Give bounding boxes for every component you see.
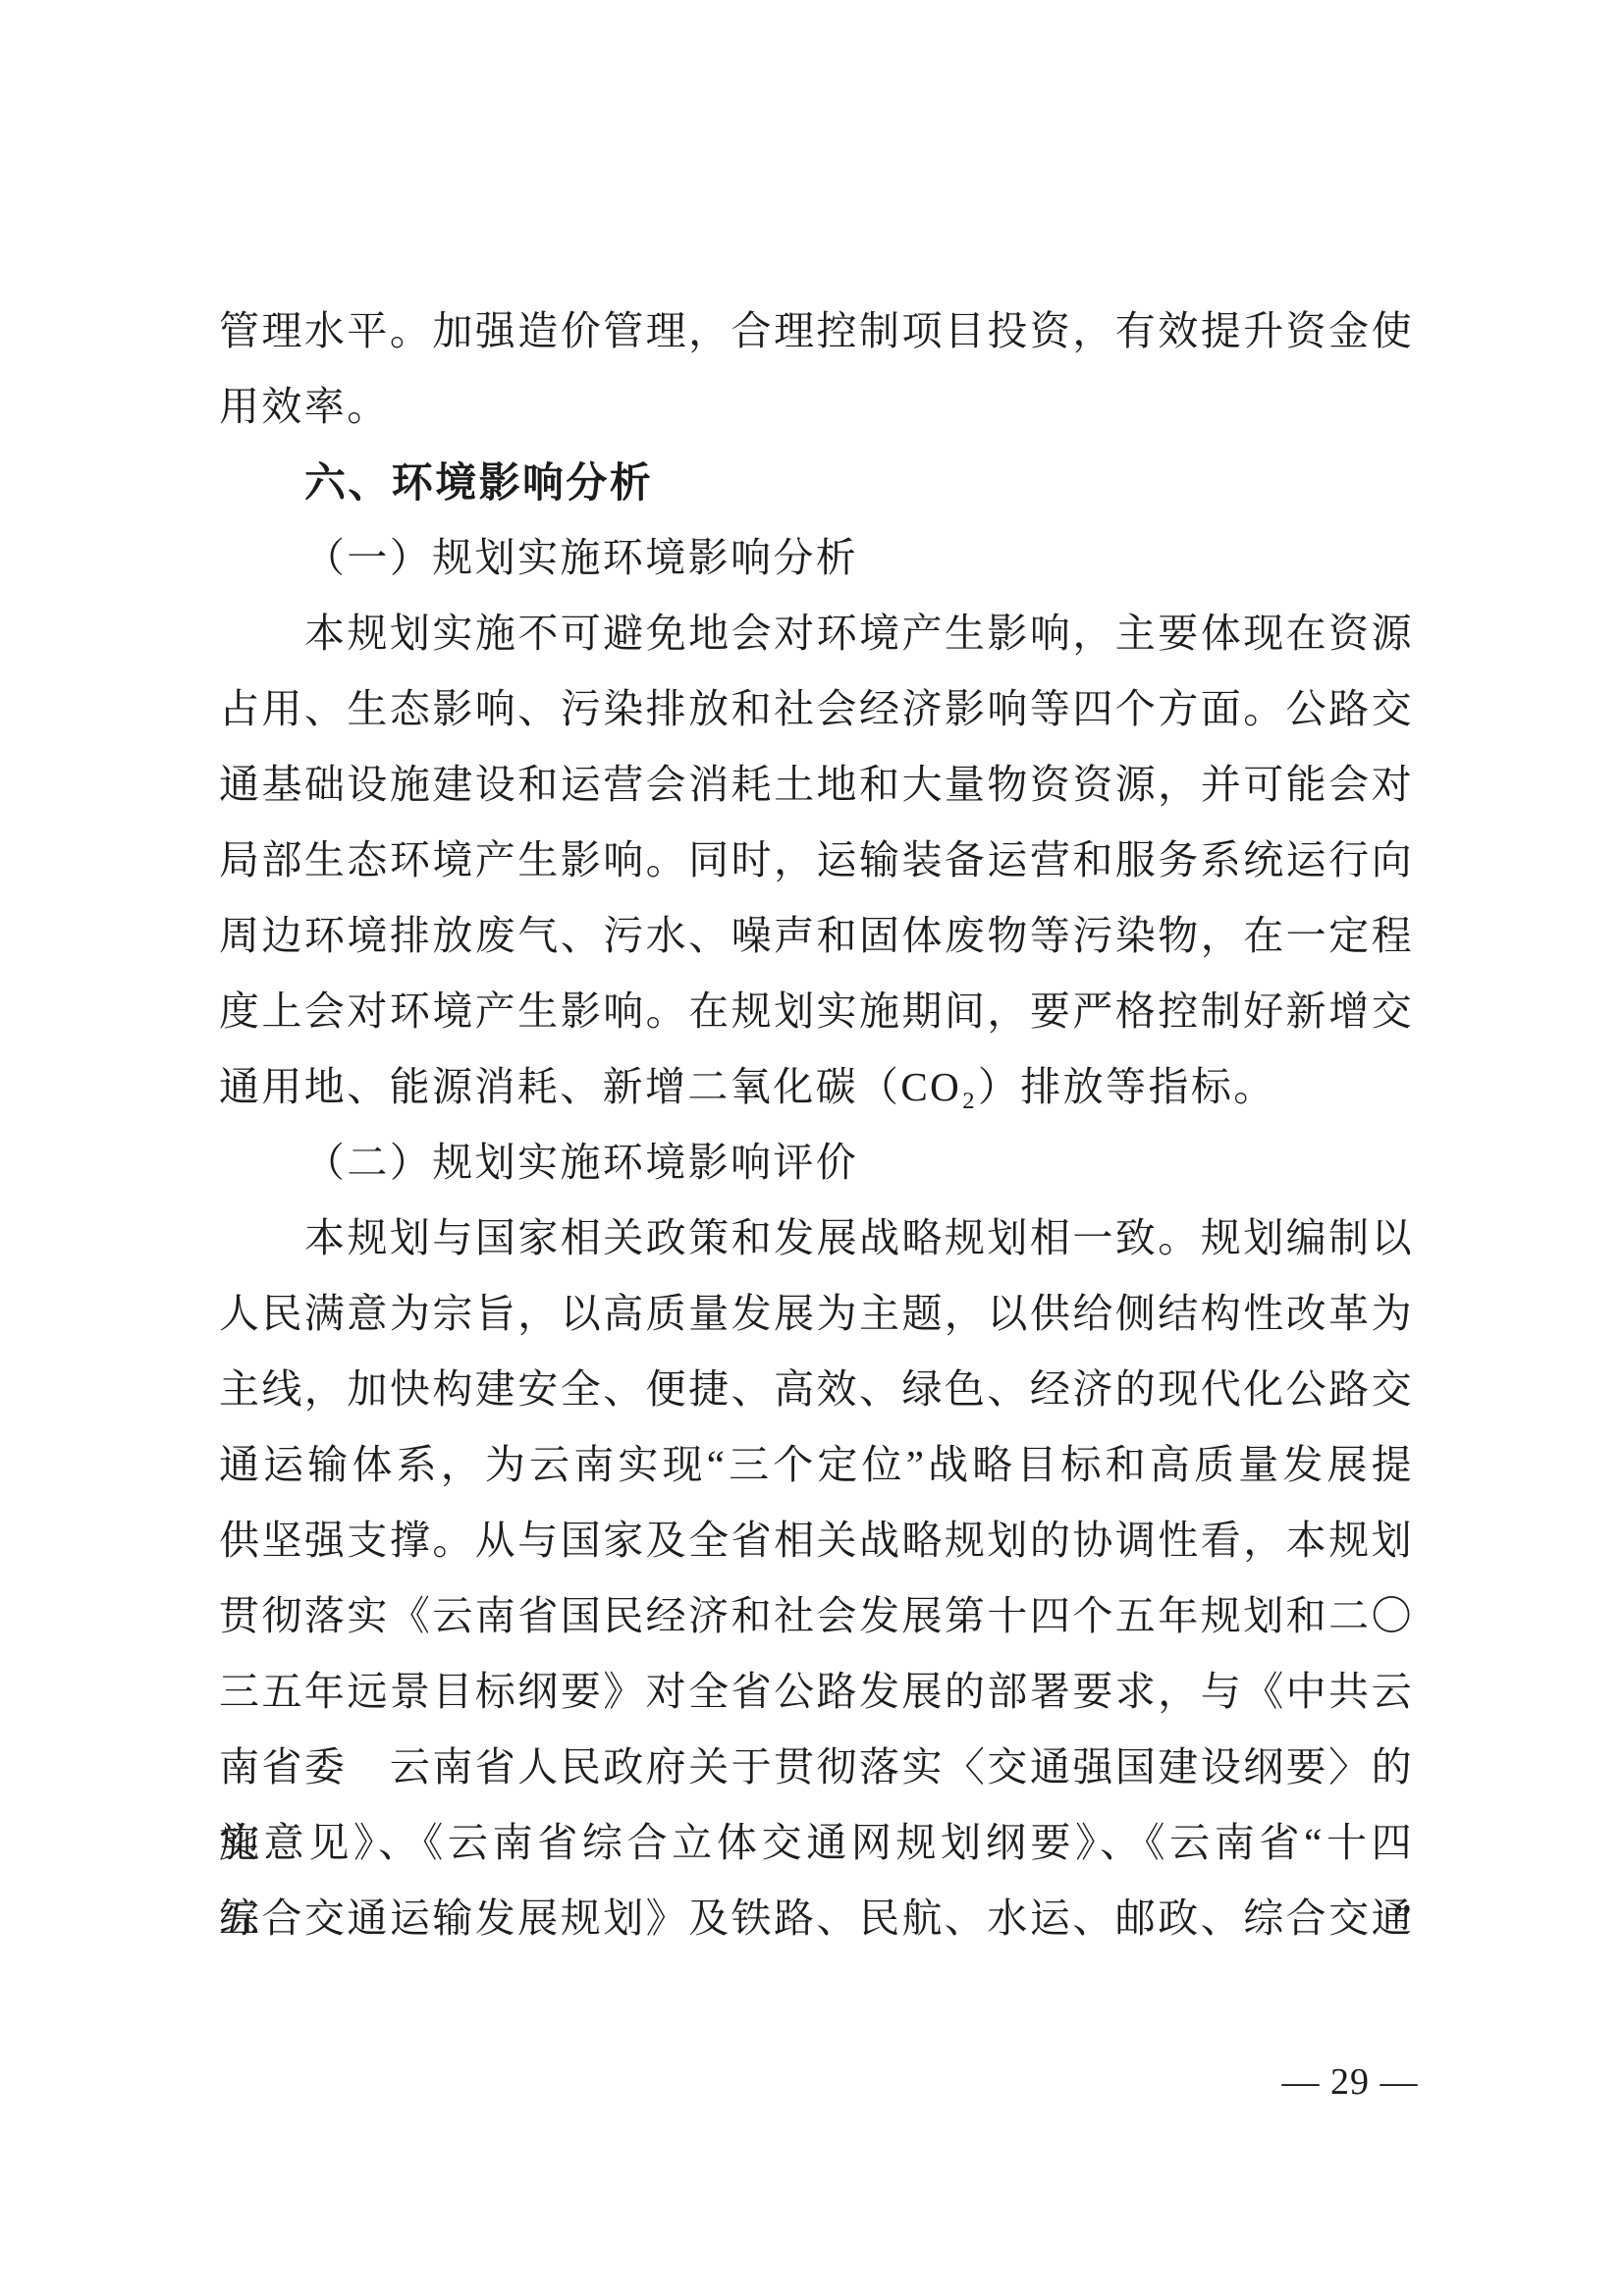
document-page: 管理水平。加强造价管理，合理控制项目投资，有效提升资金使用效率。六、环境影响分析… <box>0 0 1624 2296</box>
text-line: 人民满意为宗旨，以高质量发展为主题，以供给侧结构性改革为 <box>219 1276 1414 1352</box>
text-line: 通基础设施建设和运营会消耗土地和大量物资资源，并可能会对 <box>219 747 1414 823</box>
text-line: 贯彻落实《云南省国民经济和社会发展第十四个五年规划和二〇 <box>219 1578 1414 1654</box>
text-line: 综合交通运输发展规划》及铁路、民航、水运、邮政、综合交通 <box>219 1881 1414 1956</box>
text-line: 管理水平。加强造价管理，合理控制项目投资，有效提升资金使 <box>219 294 1414 369</box>
text-line: 通用地、能源消耗、新增二氧化碳（CO₂）排放等指标。 <box>219 1049 1414 1125</box>
text-line: 主线，加快构建安全、便捷、高效、绿色、经济的现代化公路交 <box>219 1352 1414 1427</box>
text-line: 供坚强支撑。从与国家及全省相关战略规划的协调性看，本规划 <box>219 1503 1414 1578</box>
page-number: — 29 — <box>1267 2059 1434 2105</box>
text-line: 本规划与国家相关政策和发展战略规划相一致。规划编制以 <box>219 1201 1414 1276</box>
document-body: 管理水平。加强造价管理，合理控制项目投资，有效提升资金使用效率。六、环境影响分析… <box>219 294 1414 1956</box>
sub-section-heading: （一）规划实施环境影响分析 <box>219 520 1414 596</box>
text-line: 本规划实施不可避免地会对环境产生影响，主要体现在资源 <box>219 596 1414 671</box>
text-line: 周边环境排放废气、污水、噪声和固体废物等污染物，在一定程 <box>219 898 1414 974</box>
text-line: 南省委 云南省人民政府关于贯彻落实〈交通强国建设纲要〉的实 <box>219 1730 1414 1805</box>
text-line: 三五年远景目标纲要》对全省公路发展的部署要求，与《中共云 <box>219 1654 1414 1730</box>
section-heading: 六、环境影响分析 <box>219 445 1414 520</box>
text-line: 度上会对环境产生影响。在规划实施期间，要严格控制好新增交 <box>219 974 1414 1049</box>
text-line: 局部生态环境产生影响。同时，运输装备运营和服务系统运行向 <box>219 823 1414 898</box>
sub-section-heading: （二）规划实施环境影响评价 <box>219 1125 1414 1201</box>
text-line: 用效率。 <box>219 369 1414 445</box>
text-line: 占用、生态影响、污染排放和社会经济影响等四个方面。公路交 <box>219 671 1414 747</box>
text-line: 施意见》、《云南省综合立体交通网规划纲要》、《云南省“十四五” <box>219 1805 1414 1881</box>
text-line: 通运输体系，为云南实现“三个定位”战略目标和高质量发展提 <box>219 1427 1414 1503</box>
